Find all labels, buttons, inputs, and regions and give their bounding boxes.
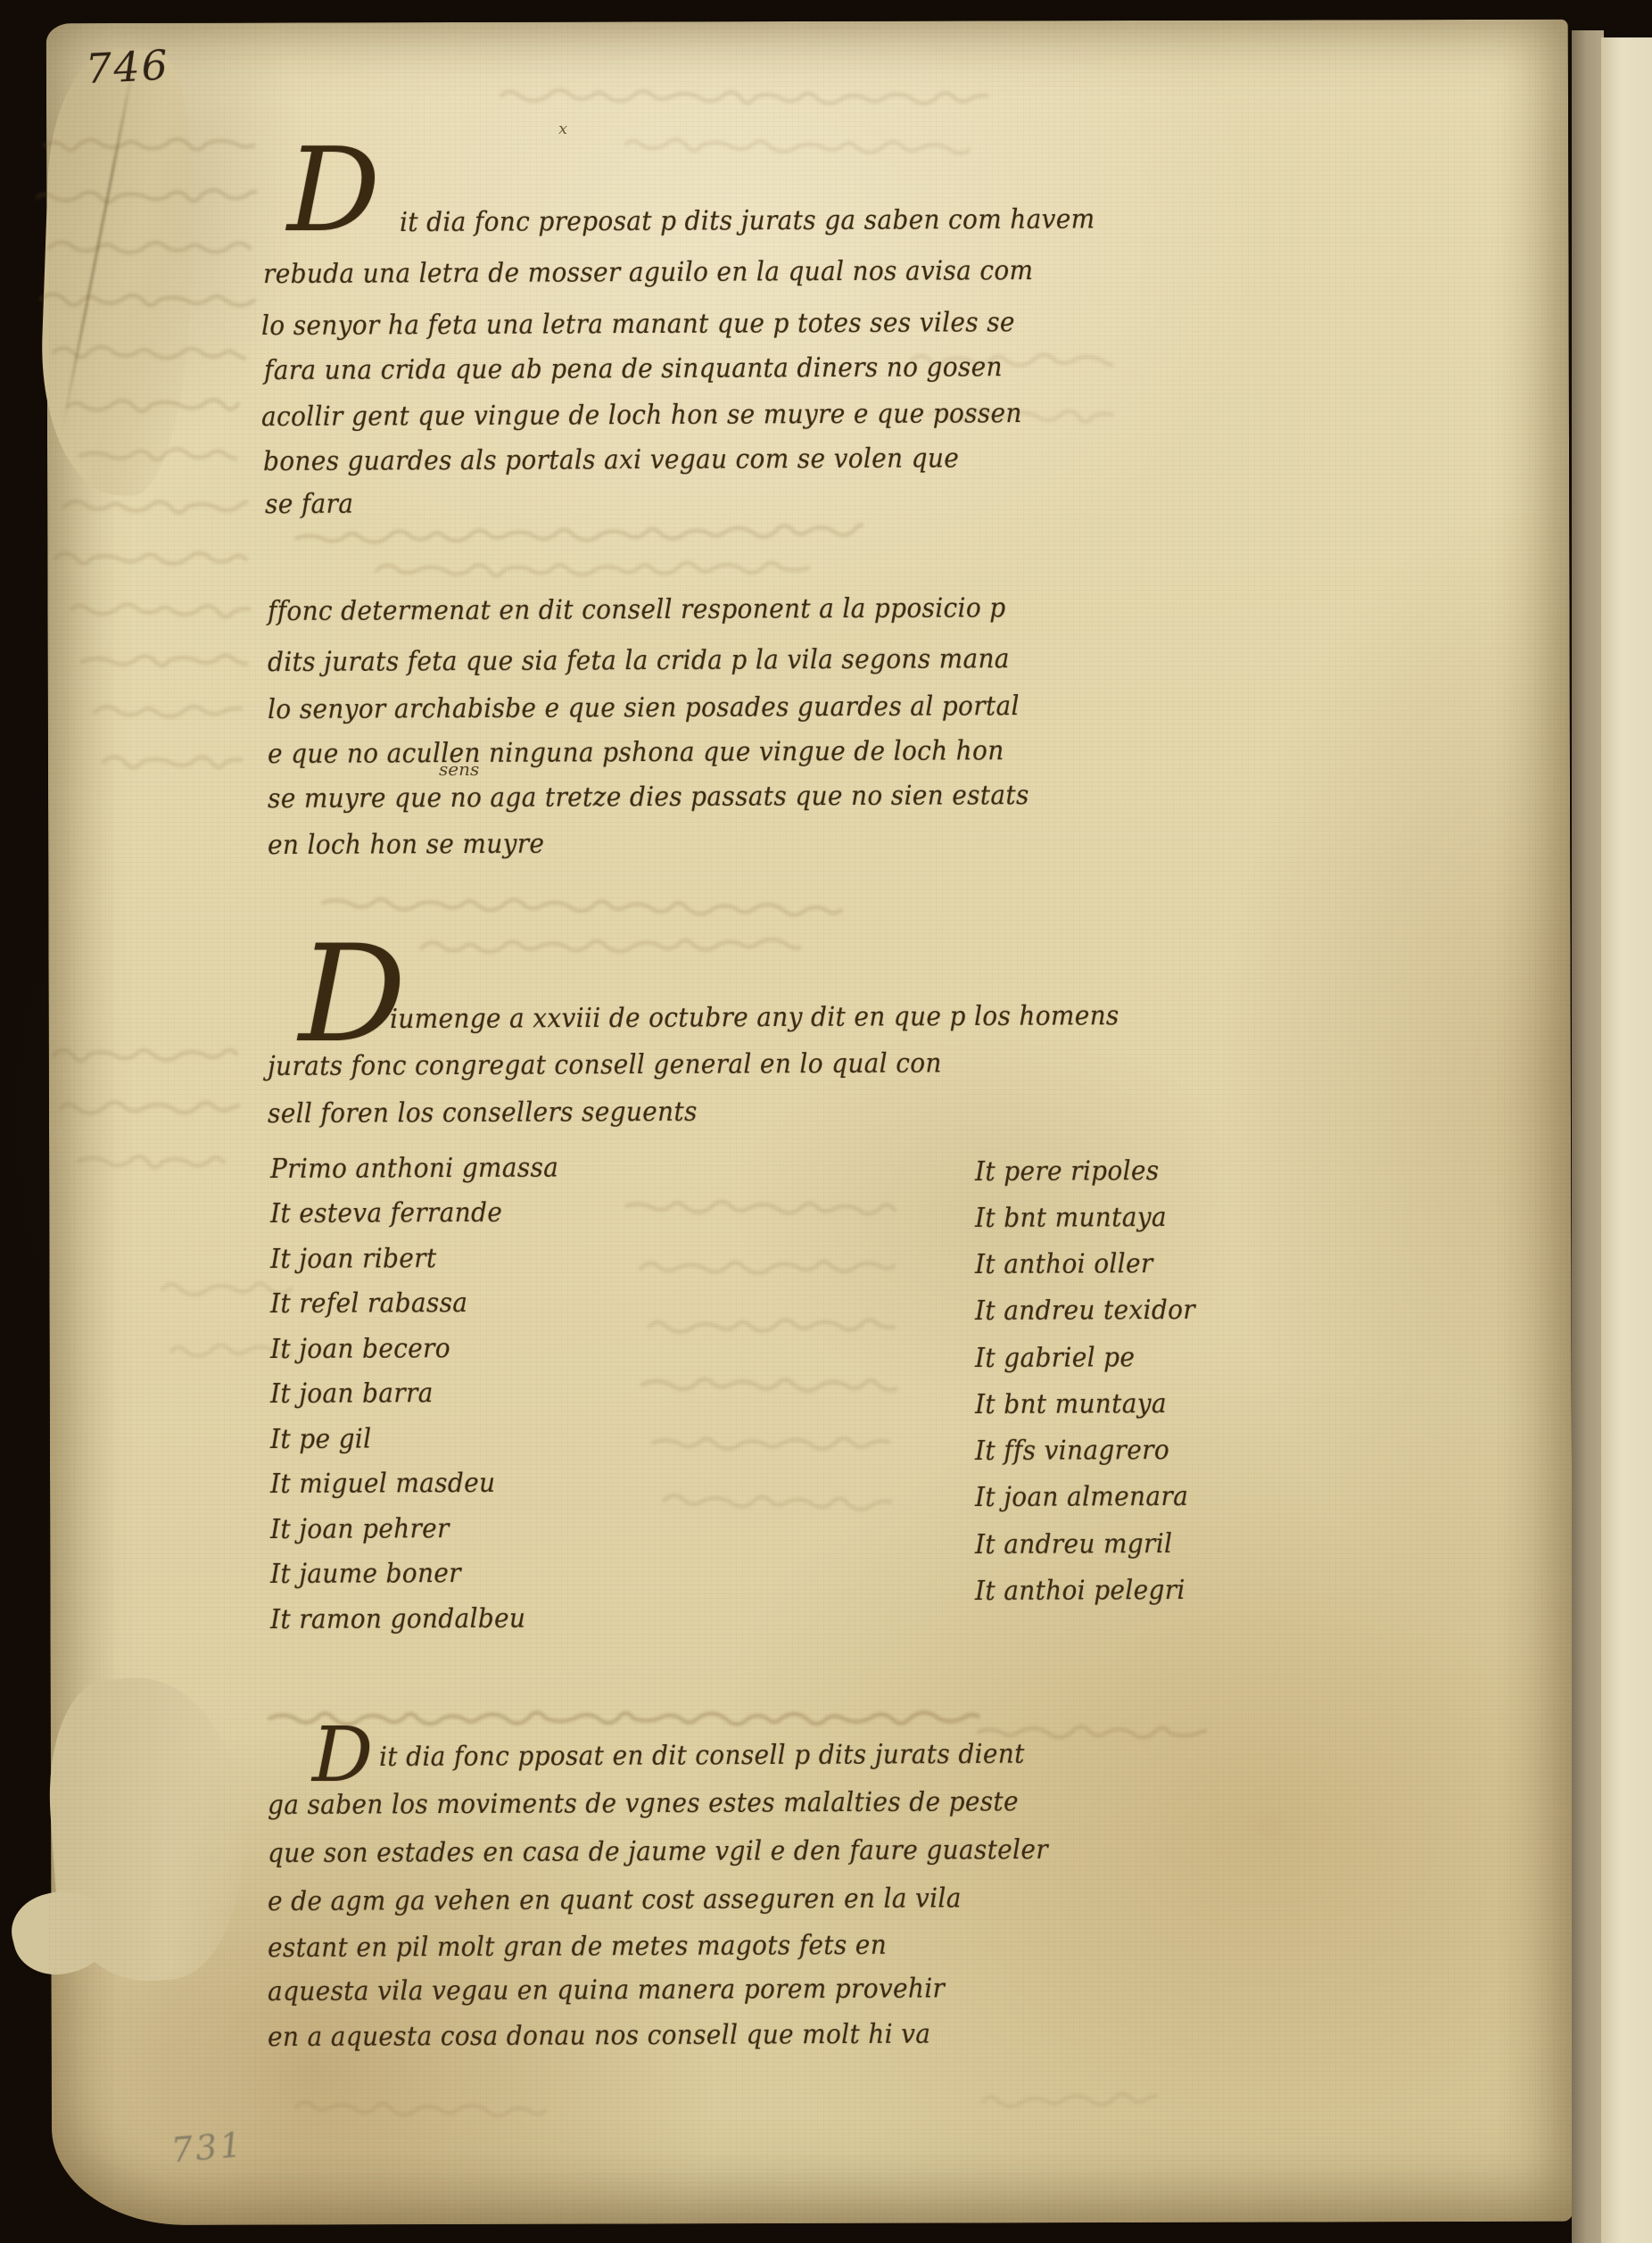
entry1-line: acollir gent que vingue de loch hon se m… (261, 398, 1022, 434)
entry2-line: se muyre que no aga tretze dies passats … (268, 780, 1029, 815)
entry3-line: sell foren los consellers seguents (268, 1097, 698, 1130)
entry2-line: e que no acullen ninguna pshona que ving… (268, 735, 1004, 771)
entry2-line: ffonc determenat en dit consell responen… (268, 592, 1006, 628)
handwriting-layer: 746 x D it dia fonc preposat p dits jura… (0, 0, 1652, 2243)
council-member-left: It joan ribert (270, 1243, 437, 1276)
council-member-right: It gabriel pe (975, 1342, 1135, 1375)
council-member-left: It esteva ferrande (270, 1197, 502, 1230)
council-member-right: It bnt muntaya (975, 1202, 1167, 1235)
council-member-right: It andreu texidor (975, 1295, 1195, 1328)
entry1-line: bones guardes als portals axi vegau com … (263, 443, 959, 478)
entry1-line: se fara (265, 489, 353, 521)
entry2-line: en loch hon se muyre (268, 829, 544, 862)
entry1-line: fara una crida que ab pena de sinquanta … (264, 352, 1003, 387)
council-member-left: It ramon gondalbeu (270, 1603, 525, 1636)
entry2-line: lo senyor archabisbe e que sien posades … (268, 691, 1020, 726)
small-x-mark: x (558, 121, 567, 137)
entry4-initial: D (312, 1717, 373, 1793)
council-member-left: Primo anthoni gmassa (270, 1152, 558, 1186)
council-member-right: It andreu mgril (975, 1528, 1172, 1561)
entry4-line: estant en pil molt gran de metes magots … (268, 1930, 887, 1965)
council-member-left: It joan barra (270, 1378, 434, 1411)
entry2-line: dits jurats feta que sia feta la crida p… (268, 643, 1010, 679)
folio-number-bottom-pencil: 731 (169, 2128, 245, 2168)
council-member-right: It ffs vinagrero (975, 1435, 1169, 1468)
entry3-initial: D (299, 928, 406, 1062)
entry4-line: ga saben los moviments de vgnes estes ma… (268, 1786, 1019, 1822)
manuscript-photo: 746 x D it dia fonc preposat p dits jura… (0, 0, 1652, 2243)
folio-number-top: 746 (85, 45, 170, 90)
entry4-line: aquesta vila vegau en quina manera porem… (268, 1973, 945, 2008)
entry3-line: iumenge a xxviii de octubre any dit en q… (390, 1000, 1119, 1036)
entry4-line: que son estades en casa de jaume vgil e … (268, 1834, 1048, 1870)
council-member-right: It joan almenara (975, 1481, 1188, 1514)
interlinear-insertion: sens (439, 760, 479, 778)
council-member-left: It joan pehrer (270, 1513, 450, 1546)
entry1-line: lo senyor ha feta una letra manant que p… (261, 307, 1015, 343)
council-member-right: It bnt muntaya (975, 1388, 1167, 1421)
council-member-left: It pe gil (270, 1423, 372, 1456)
entry4-line: it dia fonc pposat en dit consell p dits… (379, 1739, 1025, 1774)
council-member-left: It miguel masdeu (270, 1468, 495, 1501)
council-member-left: It refel rabassa (270, 1287, 467, 1320)
council-member-right: It anthoi pelegri (975, 1575, 1185, 1608)
council-member-left: It jaume boner (270, 1558, 461, 1591)
council-member-left: It joan becero (270, 1333, 450, 1366)
entry1-initial: D (287, 132, 380, 248)
entry1-line: it dia fonc preposat p dits jurats ga sa… (400, 203, 1095, 239)
entry4-line: en a aquesta cosa donau nos consell que … (268, 2019, 930, 2054)
council-member-right: It pere ripoles (975, 1155, 1160, 1188)
entry1-line: rebuda una letra de mosser aguilo en la … (263, 255, 1033, 291)
council-member-right: It anthoi oller (975, 1248, 1153, 1281)
entry4-line: e de agm ga vehen en quant cost assegure… (268, 1883, 962, 1918)
entry3-line: jurats fonc congregat consell general en… (268, 1047, 942, 1083)
